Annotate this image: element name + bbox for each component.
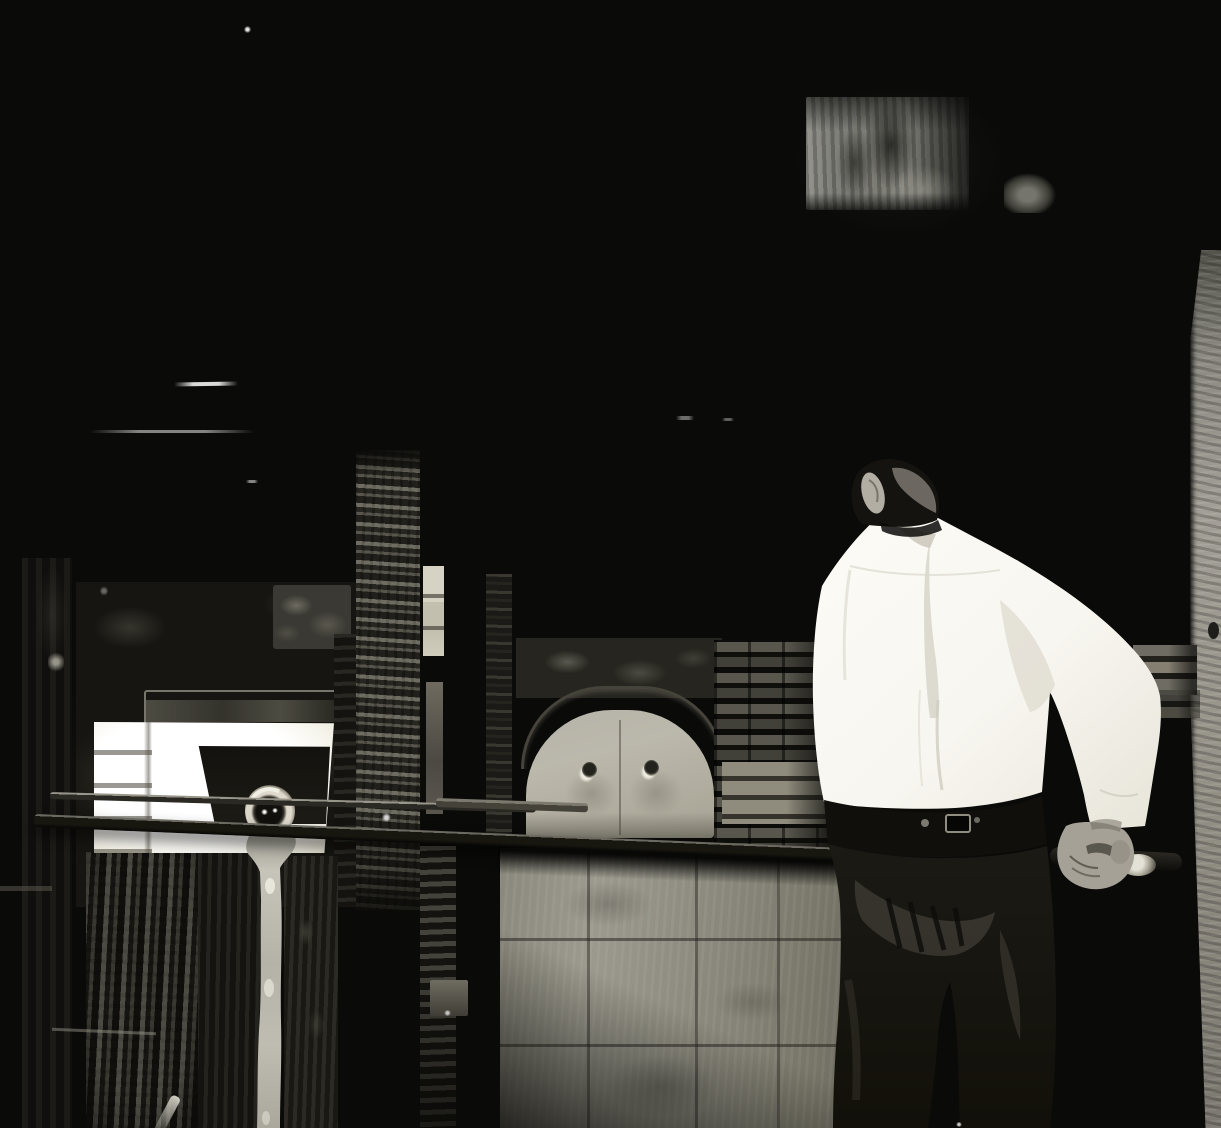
belt-stud-left: [921, 819, 929, 827]
belt-buckle: [946, 815, 970, 832]
gray-strip-post: [426, 682, 443, 814]
scratch-streak-1: [174, 381, 238, 386]
white-block-stack: [423, 566, 444, 656]
dust-speck-top: [244, 26, 251, 33]
column-blotch: [1208, 622, 1219, 639]
rod-glint: [382, 813, 391, 822]
dust-speck-bottom: [956, 1122, 962, 1127]
worker-shirt: [813, 507, 1161, 830]
hand-knuckle-shade: [1110, 840, 1130, 864]
left-ledge-line: [0, 886, 52, 891]
lit-window-side-patch: [1004, 170, 1060, 213]
photograph: [0, 0, 1221, 1128]
door-hole-left: [582, 762, 597, 778]
belt-stud-right: [974, 817, 980, 823]
stream-bright-spot-upper: [265, 878, 275, 894]
dust-speck-left: [100, 586, 108, 596]
post-fleck: [48, 652, 64, 672]
wood-plank-left: [86, 852, 198, 1128]
door-smudge-right: [628, 768, 684, 818]
post-far-left: [22, 558, 72, 1128]
stream-bright-spot-mid: [264, 979, 274, 997]
scratch-streak-3: [246, 480, 258, 483]
gather-glint-right: [272, 808, 278, 813]
stream-bright-spot-lower: [262, 1111, 270, 1125]
furnace-white-brick-joints: [94, 722, 152, 853]
scratch-streak-4: [676, 416, 694, 420]
gather-glint-left: [261, 809, 268, 815]
molten-glass-stream: [215, 830, 305, 1128]
scratch-streak-2: [90, 430, 254, 433]
scratch-streak-5: [722, 418, 734, 421]
post-center: [486, 574, 512, 836]
door-hole-right: [644, 760, 659, 776]
lit-window: [806, 97, 969, 210]
dust-speck-wall: [444, 1010, 451, 1016]
furnace-lintel: [146, 700, 338, 722]
door-center-seam: [619, 720, 621, 835]
worker-figure: [778, 438, 1190, 1128]
